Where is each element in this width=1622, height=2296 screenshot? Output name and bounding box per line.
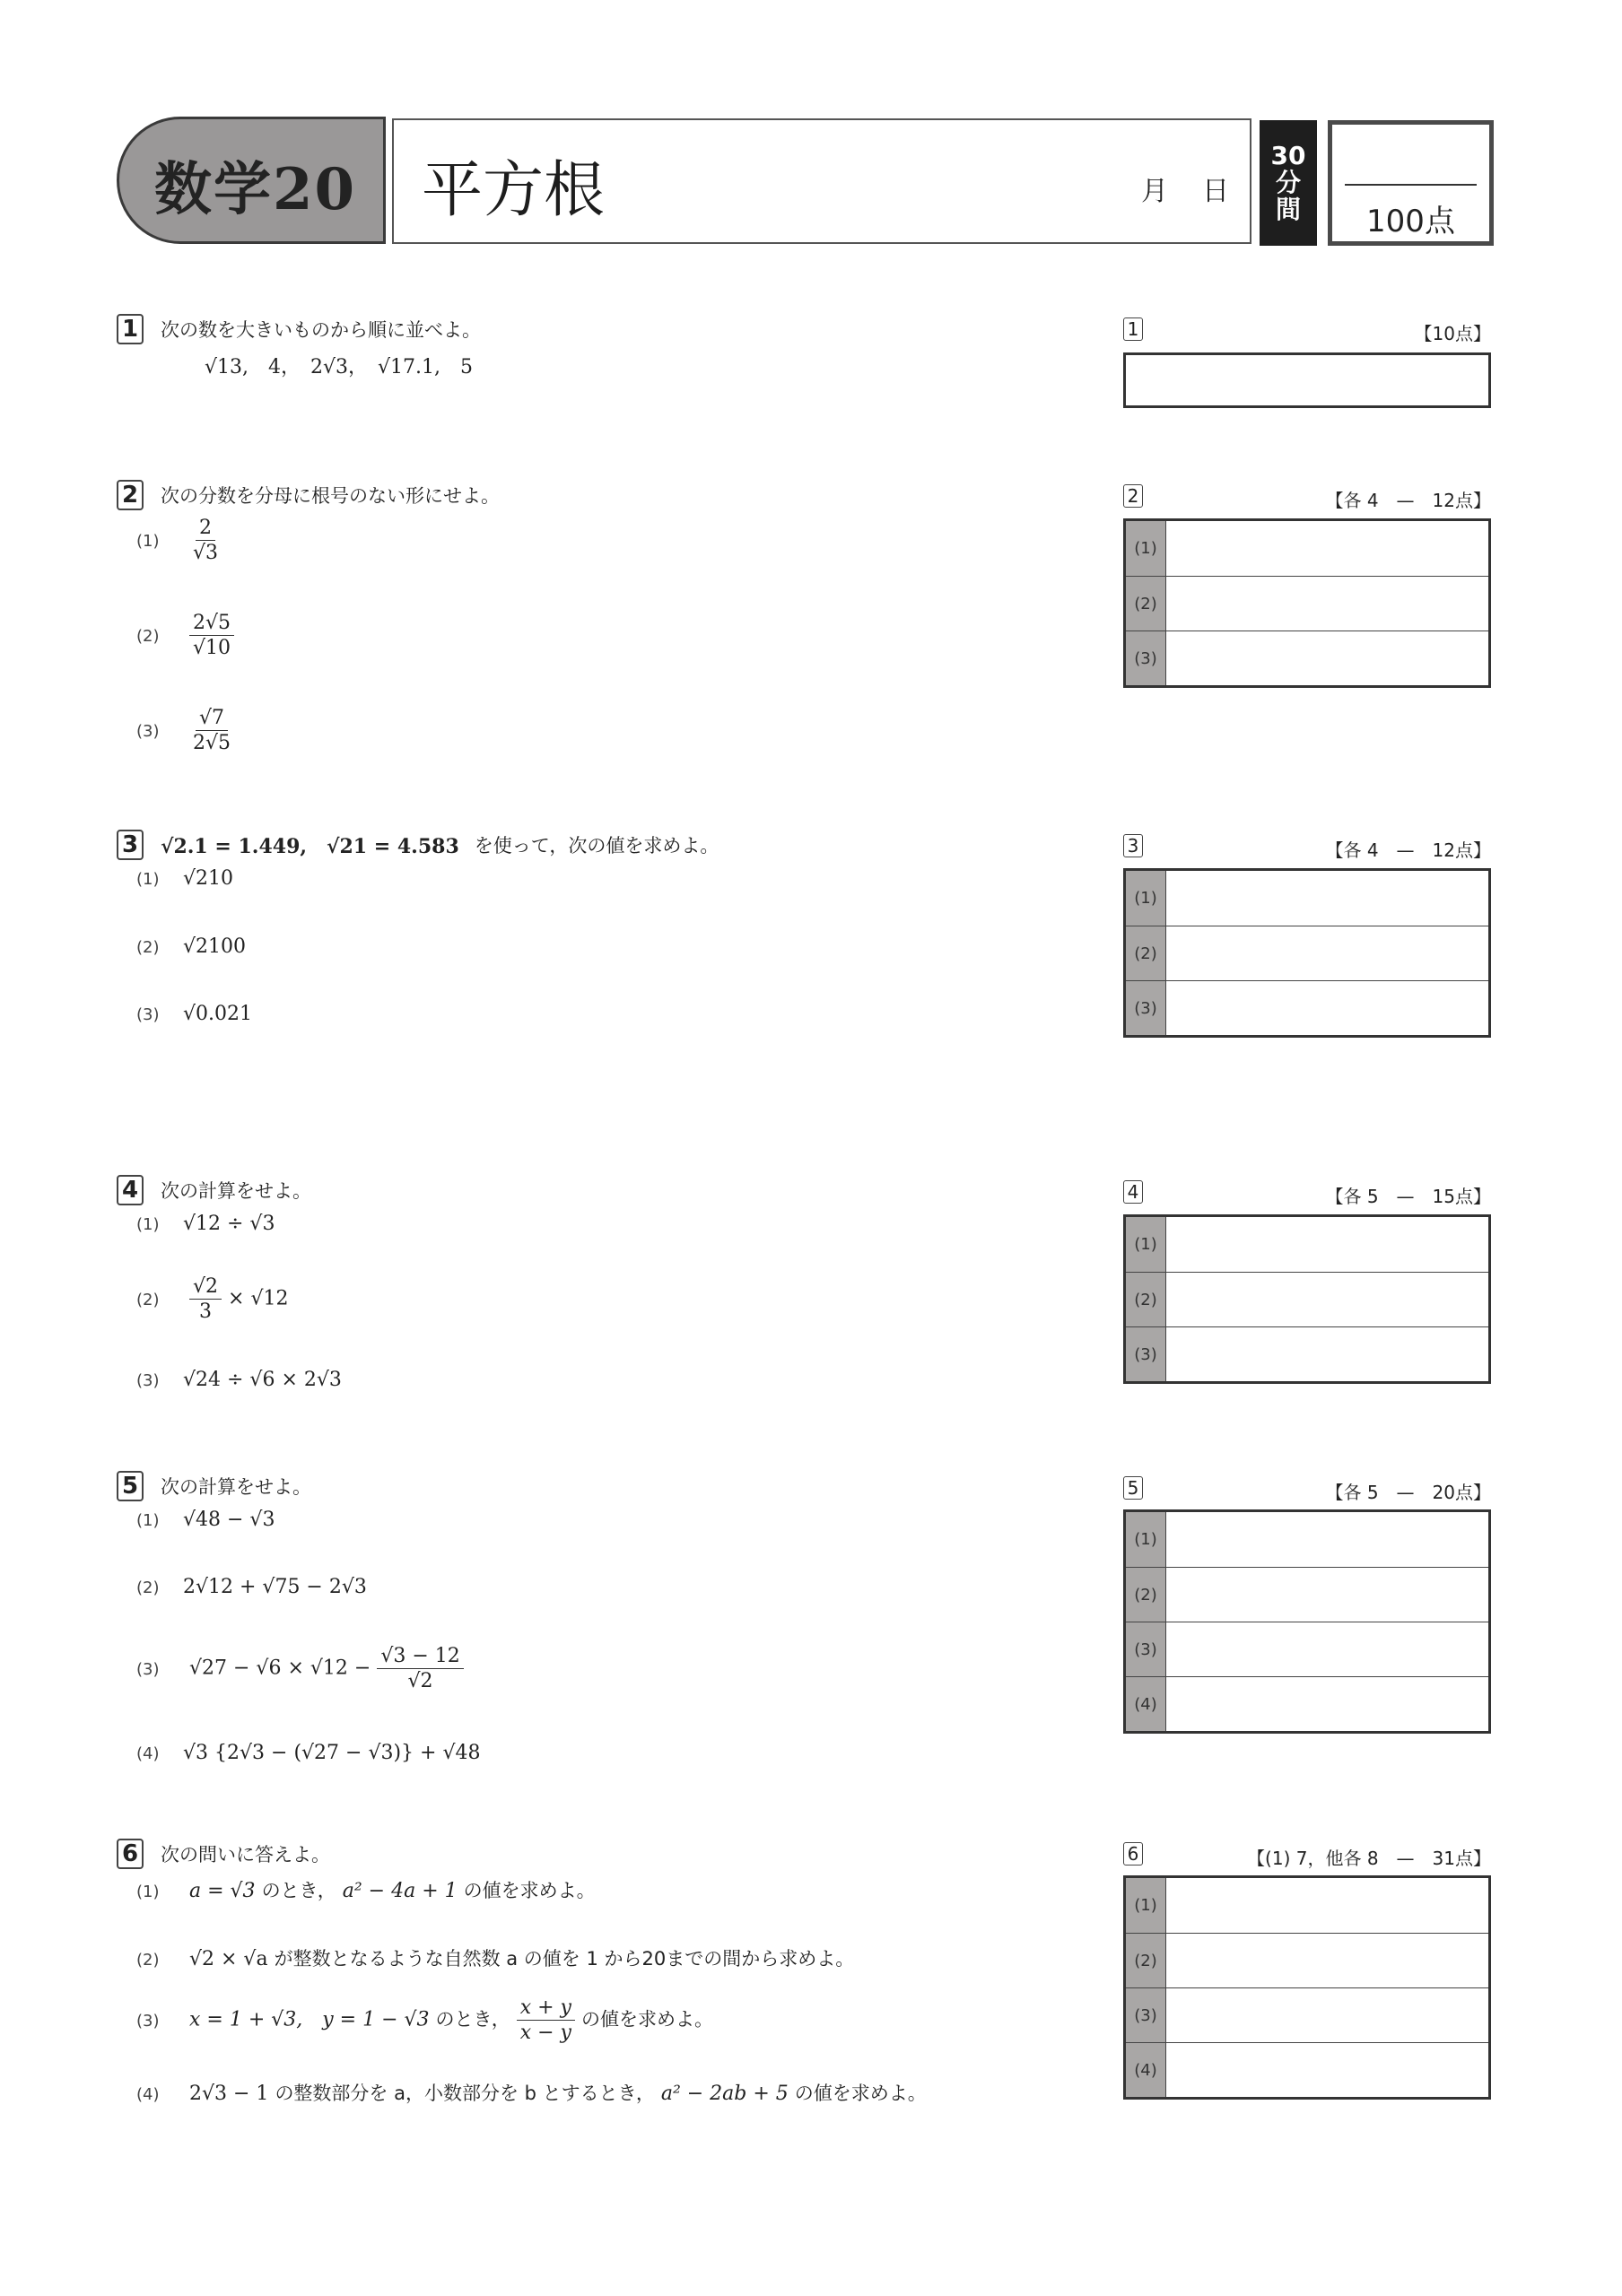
answer-field[interactable] xyxy=(1166,2043,1488,2097)
question-6-sub-3: (3) x = 1 + √3, y = 1 − √3 のとき， x + yx −… xyxy=(136,1996,713,2044)
question-number: 6 xyxy=(117,1839,144,1869)
answer-row: (1) xyxy=(1126,871,1488,926)
fraction: √3 − 12√2 xyxy=(377,1645,463,1692)
answer-field[interactable] xyxy=(1166,1512,1488,1567)
day-field[interactable]: 日 xyxy=(1202,169,1229,208)
answer-3-table: (1) (2) (3) xyxy=(1123,868,1491,1038)
question-number: 1 xyxy=(117,314,144,344)
question-6-sub-4: (4) 2√3 − 1 の整数部分を a，小数部分を b とするとき， a² −… xyxy=(136,2079,927,2106)
answer-row: (4) xyxy=(1126,1676,1488,1731)
answer-row: (1) xyxy=(1126,521,1488,576)
score-divider xyxy=(1345,184,1477,186)
time-limit-unit2: 間 xyxy=(1276,196,1301,223)
question-number: 2 xyxy=(117,480,144,510)
points-label: 【(1) 7，他各 8 — 31点】 xyxy=(1247,1844,1491,1870)
points-label: 【各 4 — 12点】 xyxy=(1325,836,1491,862)
question-4-sub-1: (1)√12 ÷ √3 xyxy=(136,1213,275,1235)
answer-1-header: 1 【10点】 xyxy=(1123,317,1491,344)
page-title: 平方根 xyxy=(422,142,605,229)
question-4-header: 4 次の計算をせよ。 xyxy=(117,1175,311,1205)
fraction: x + yx − y xyxy=(517,1996,575,2044)
time-limit-digits: 30 xyxy=(1271,143,1306,170)
answer-field[interactable] xyxy=(1166,577,1488,631)
points-label: 【10点】 xyxy=(1415,319,1491,345)
question-5-sub-1: (1)√48 − √3 xyxy=(136,1509,275,1531)
answer-row: (2) xyxy=(1126,1933,1488,1987)
question-2-sub-3: (3) √72√5 xyxy=(136,707,234,754)
answer-row: (1) xyxy=(1126,1217,1488,1272)
question-number: 5 xyxy=(117,1471,144,1501)
answer-row: (2) xyxy=(1126,926,1488,980)
answer-field[interactable] xyxy=(1166,631,1488,685)
answer-field[interactable] xyxy=(1166,1217,1488,1272)
answer-field[interactable] xyxy=(1166,1677,1488,1731)
question-5-sub-2: (2)2√12 + √75 − 2√3 xyxy=(136,1576,367,1598)
answer-5-table: (1) (2) (3) (4) xyxy=(1123,1509,1491,1734)
question-1-items: √13, 4， 2√3， √17.1, 5 xyxy=(205,352,473,379)
fraction: √72√5 xyxy=(189,707,234,754)
answer-field[interactable] xyxy=(1166,1622,1488,1676)
question-5-sub-3: (3) √27 − √6 × √12 − √3 − 12√2 xyxy=(136,1645,464,1692)
answer-4-table: (1) (2) (3) xyxy=(1123,1214,1491,1384)
fraction: 2√3 xyxy=(189,517,222,564)
question-instruction: 次の数を大きいものから順に並べよ。 xyxy=(161,319,481,341)
points-label: 【各 5 — 20点】 xyxy=(1325,1478,1491,1504)
answer-row: (2) xyxy=(1126,576,1488,631)
points-label: 【各 4 — 12点】 xyxy=(1325,486,1491,512)
answer-row: (2) xyxy=(1126,1567,1488,1622)
month-field[interactable]: 月 xyxy=(1141,169,1168,208)
answer-2-table: (1) (2) (3) xyxy=(1123,518,1491,688)
question-2-header: 2 次の分数を分母に根号のない形にせよ。 xyxy=(117,480,500,510)
time-limit-unit1: 分 xyxy=(1276,170,1301,196)
answer-field[interactable] xyxy=(1166,1327,1488,1381)
question-2-sub-1: (1) 2√3 xyxy=(136,517,222,564)
score-box[interactable]: 100点 xyxy=(1328,120,1494,246)
answer-3-header: 3 【各 4 — 12点】 xyxy=(1123,834,1491,861)
question-instruction: 次の問いに答えよ。 xyxy=(161,1844,330,1865)
question-3-sub-1: (1)√210 xyxy=(136,867,233,890)
subject-label: 数学20 xyxy=(154,143,356,226)
answer-row: (2) xyxy=(1126,1272,1488,1326)
answer-field[interactable] xyxy=(1166,1988,1488,2042)
answer-1-field[interactable] xyxy=(1123,352,1491,408)
time-limit-badge: 30 分 間 xyxy=(1260,120,1317,246)
question-3-sub-3: (3)√0.021 xyxy=(136,1003,252,1025)
answer-row: (3) xyxy=(1126,1326,1488,1381)
fraction: √23 xyxy=(189,1275,222,1323)
question-instruction: 次の計算をせよ。 xyxy=(161,1180,311,1202)
answer-field[interactable] xyxy=(1166,1878,1488,1933)
question-3-header: 3 √2.1 = 1.449, √21 = 4.583 を使って，次の値を求めよ… xyxy=(117,830,719,860)
question-2-sub-2: (2) 2√5√10 xyxy=(136,612,234,659)
points-label: 【各 5 — 15点】 xyxy=(1325,1182,1491,1208)
answer-field[interactable] xyxy=(1166,871,1488,926)
question-number: 4 xyxy=(117,1175,144,1205)
question-instruction: 次の計算をせよ。 xyxy=(161,1476,311,1498)
question-4-sub-3: (3)√24 ÷ √6 × 2√3 xyxy=(136,1369,342,1391)
question-instruction: を使って，次の値を求めよ。 xyxy=(475,835,719,857)
answer-5-header: 5 【各 5 — 20点】 xyxy=(1123,1476,1491,1503)
question-instruction: 次の分数を分母に根号のない形にせよ。 xyxy=(161,485,500,507)
fraction: 2√5√10 xyxy=(189,612,234,659)
given-values: √2.1 = 1.449, √21 = 4.583 xyxy=(161,835,459,858)
question-6-sub-2: (2) √2 × √a が整数となるような自然数 a の値を 1 から20までの… xyxy=(136,1944,854,1971)
score-total: 100点 xyxy=(1332,196,1489,240)
answer-field[interactable] xyxy=(1166,1934,1488,1987)
answer-6-header: 6 【(1) 7，他各 8 — 31点】 xyxy=(1123,1842,1491,1869)
answer-row: (3) xyxy=(1126,1987,1488,2042)
question-6-header: 6 次の問いに答えよ。 xyxy=(117,1839,330,1869)
answer-field[interactable] xyxy=(1166,981,1488,1035)
question-6-sub-1: (1) a = √3 のとき， a² − 4a + 1 の値を求めよ。 xyxy=(136,1876,596,1903)
question-3-sub-2: (2)√2100 xyxy=(136,935,246,958)
answer-row: (3) xyxy=(1126,1622,1488,1676)
question-5-sub-4: (4)√3 {2√3 − (√27 − √3)} + √48 xyxy=(136,1742,480,1764)
question-number: 3 xyxy=(117,830,144,860)
answer-field[interactable] xyxy=(1166,1568,1488,1622)
answer-field[interactable] xyxy=(1166,926,1488,980)
answer-6-table: (1) (2) (3) (4) xyxy=(1123,1875,1491,2100)
answer-row: (3) xyxy=(1126,631,1488,685)
question-4-sub-2: (2) √23 × √12 xyxy=(136,1275,288,1323)
question-5-header: 5 次の計算をせよ。 xyxy=(117,1471,311,1501)
question-1-header: 1 次の数を大きいものから順に並べよ。 xyxy=(117,314,481,344)
answer-row: (4) xyxy=(1126,2042,1488,2097)
answer-field[interactable] xyxy=(1166,1273,1488,1326)
answer-row: (1) xyxy=(1126,1512,1488,1567)
answer-number: 1 xyxy=(1123,317,1143,341)
answer-field[interactable] xyxy=(1166,521,1488,576)
answer-row: (1) xyxy=(1126,1878,1488,1933)
answer-row: (3) xyxy=(1126,980,1488,1035)
answer-2-header: 2 【各 4 — 12点】 xyxy=(1123,484,1491,511)
answer-4-header: 4 【各 5 — 15点】 xyxy=(1123,1180,1491,1207)
